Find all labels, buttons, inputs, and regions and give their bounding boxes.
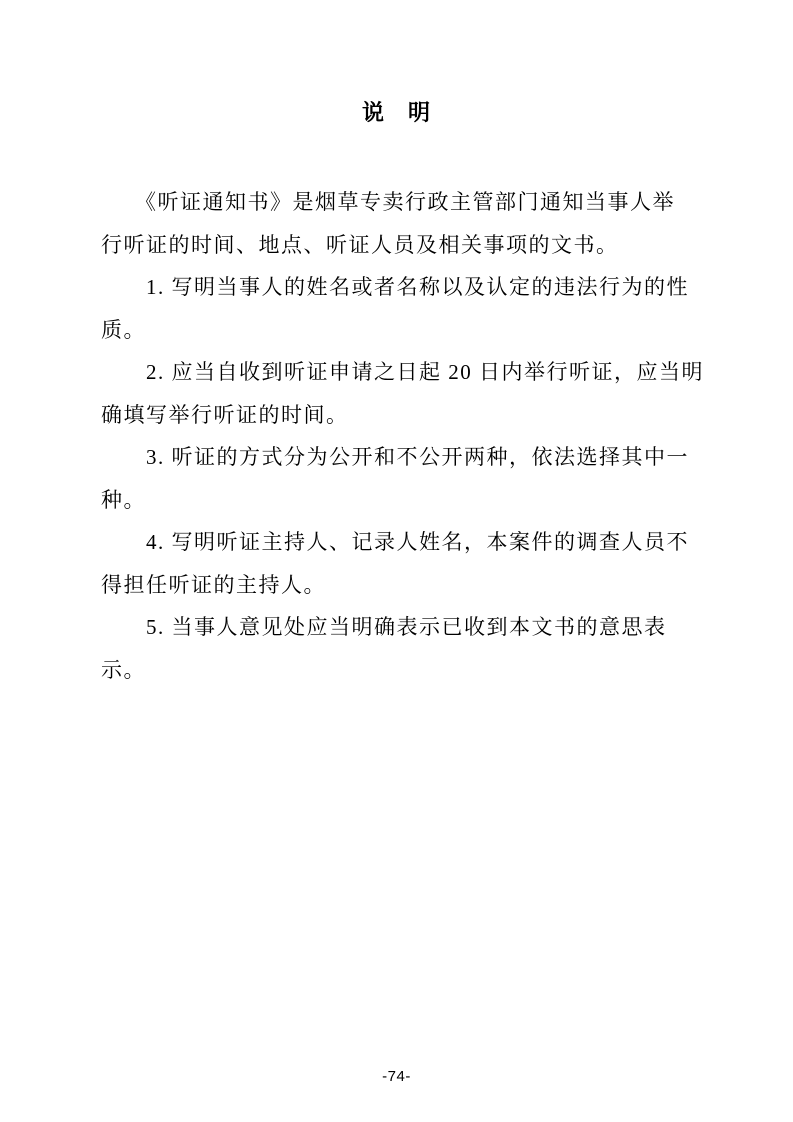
paragraph-line: 4. 写明听证主持人、记录人姓名，本案件的调查人员不 — [101, 521, 741, 564]
paragraph-item-4: 4. 写明听证主持人、记录人姓名，本案件的调查人员不 得担任听证的主持人。 — [101, 521, 741, 606]
paragraph-line: 《听证通知书》是烟草专卖行政主管部门通知当事人举 — [101, 181, 741, 224]
paragraph-line: 5. 当事人意见处应当明确表示已收到本文书的意思表 — [101, 606, 741, 649]
paragraph-line: 示。 — [101, 649, 741, 692]
paragraph-line: 确填写举行听证的时间。 — [101, 394, 741, 437]
paragraph-item-1: 1. 写明当事人的姓名或者名称以及认定的违法行为的性 质。 — [101, 266, 741, 351]
paragraph-line: 得担任听证的主持人。 — [101, 564, 741, 607]
paragraph-item-2: 2. 应当自收到听证申请之日起 20 日内举行听证，应当明 确填写举行听证的时间… — [101, 351, 741, 436]
paragraph-line: 2. 应当自收到听证申请之日起 20 日内举行听证，应当明 — [101, 351, 741, 394]
paragraph-line: 行听证的时间、地点、听证人员及相关事项的文书。 — [101, 224, 741, 267]
document-page: 说 明 《听证通知书》是烟草专卖行政主管部门通知当事人举 行听证的时间、地点、听… — [0, 0, 793, 1122]
document-body: 《听证通知书》是烟草专卖行政主管部门通知当事人举 行听证的时间、地点、听证人员及… — [101, 181, 741, 691]
paragraph-item-5: 5. 当事人意见处应当明确表示已收到本文书的意思表 示。 — [101, 606, 741, 691]
page-number: -74- — [0, 1068, 793, 1085]
paragraph-line: 1. 写明当事人的姓名或者名称以及认定的违法行为的性 — [101, 266, 741, 309]
paragraph-intro: 《听证通知书》是烟草专卖行政主管部门通知当事人举 行听证的时间、地点、听证人员及… — [101, 181, 741, 266]
paragraph-item-3: 3. 听证的方式分为公开和不公开两种，依法选择其中一 种。 — [101, 436, 741, 521]
document-title: 说 明 — [0, 96, 793, 130]
paragraph-line: 种。 — [101, 479, 741, 522]
paragraph-line: 质。 — [101, 309, 741, 352]
paragraph-line: 3. 听证的方式分为公开和不公开两种，依法选择其中一 — [101, 436, 741, 479]
